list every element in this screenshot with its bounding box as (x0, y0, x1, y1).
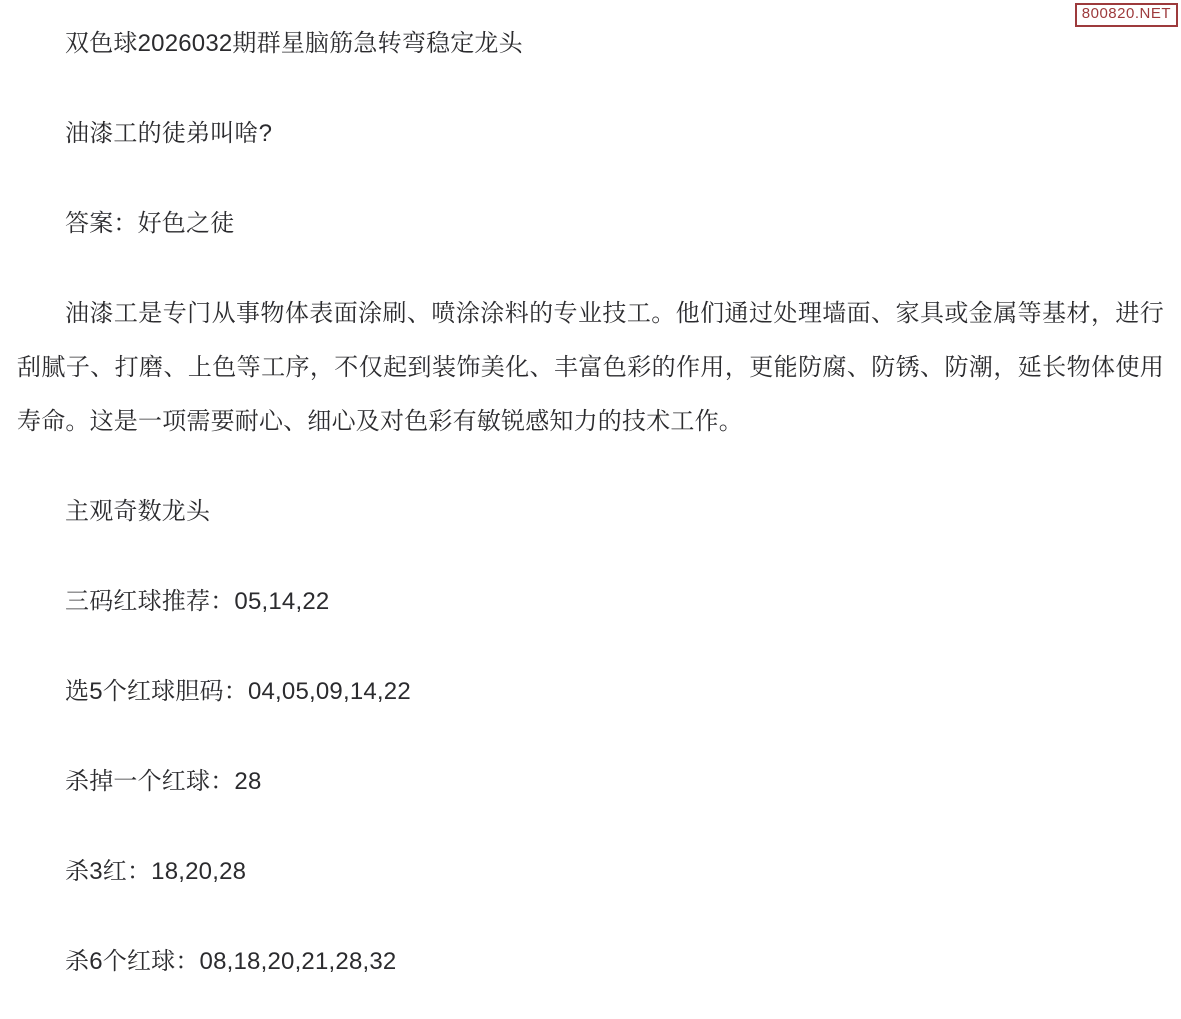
article-title: 双色球2026032期群星脑筋急转弯稳定龙头 (17, 17, 1164, 71)
riddle-question: 油漆工的徒弟叫啥? (17, 107, 1164, 161)
article-page: 800820.NET 双色球2026032期群星脑筋急转弯稳定龙头 油漆工的徒弟… (0, 0, 1181, 1019)
three-red-ball-recommendation: 三码红球推荐：05,14,22 (17, 575, 1164, 629)
kill-one-red-ball: 杀掉一个红球：28 (17, 755, 1164, 809)
painter-description-paragraph: 油漆工是专门从事物体表面涂刷、喷涂涂料的专业技工。他们通过处理墙面、家具或金属等… (17, 287, 1164, 449)
section-heading-odd-dragon-head: 主观奇数龙头 (17, 485, 1164, 539)
riddle-answer: 答案：好色之徒 (17, 197, 1164, 251)
kill-six-red-balls: 杀6个红球：08,18,20,21,28,32 (17, 935, 1164, 989)
site-watermark-badge: 800820.NET (1075, 3, 1178, 27)
kill-three-red: 杀3红：18,20,28 (17, 845, 1164, 899)
five-red-ball-dan-codes: 选5个红球胆码：04,05,09,14,22 (17, 665, 1164, 719)
